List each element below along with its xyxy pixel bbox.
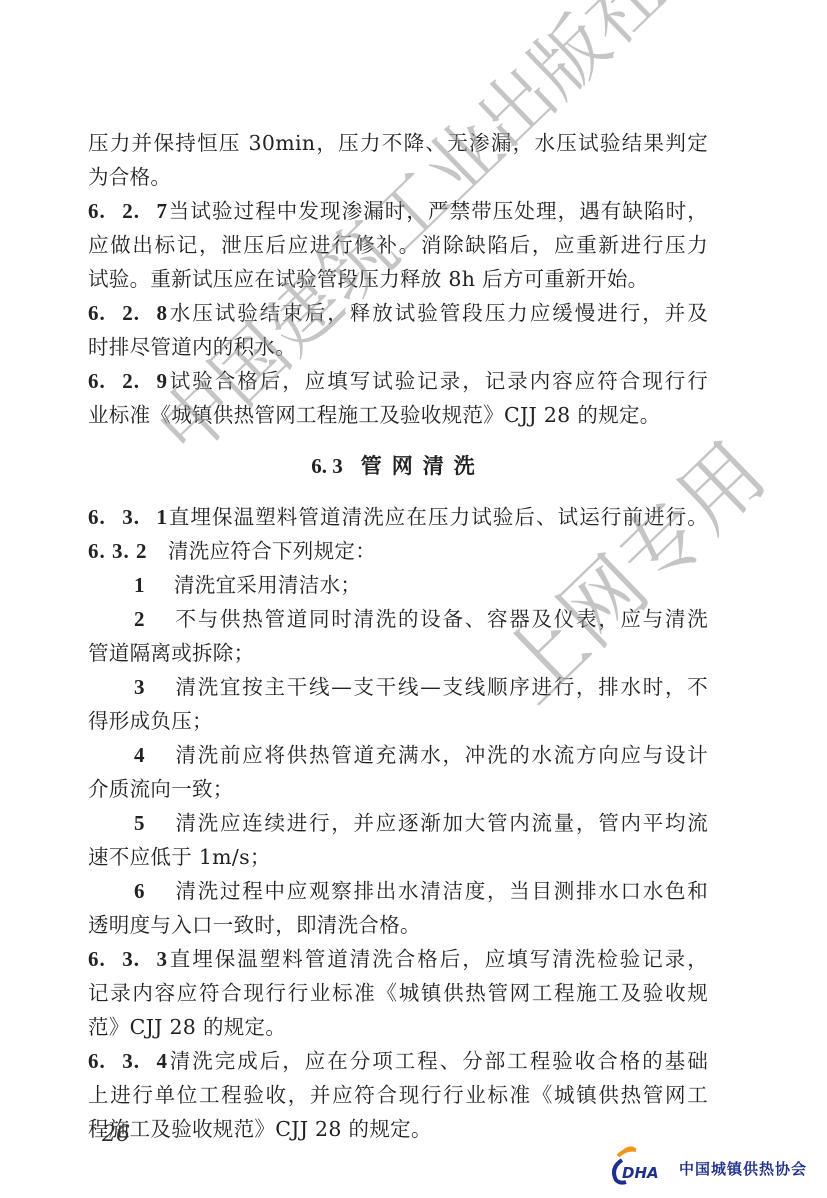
line-text: 业标准《城镇供热管网工程施工及验收规范》CJJ 28 的规定。 <box>88 403 661 427</box>
text-line: 上进行单位工程验收，并应符合现行行业标准《城镇供热管网工 <box>88 1078 708 1112</box>
svg-text:DHA: DHA <box>622 1164 659 1182</box>
line-text: 不与供热管道同时清洗的设备、容器及仪表，应与清洗 <box>174 607 708 631</box>
text-line: 压力并保持恒压 30min，压力不降、无渗漏，水压试验结果判定 <box>88 126 708 160</box>
clause-number: 6. 2. 8 <box>88 296 168 330</box>
line-text: 试验合格后，应填写试验记录，记录内容应符合现行行 <box>168 369 708 393</box>
clause-line: 6. 3. 2清洗应符合下列规定： <box>88 534 708 568</box>
list-item-line: 4清洗前应将供热管道充满水，冲洗的水流方向应与设计 <box>88 738 708 772</box>
item-number: 3 <box>134 670 174 704</box>
line-text: 介质流向一致； <box>88 777 234 801</box>
line-text: 清洗应连续进行，并应逐渐加大管内流量，管内平均流 <box>174 811 708 835</box>
line-text: 压力并保持恒压 30min，压力不降、无渗漏，水压试验结果判定 <box>88 131 708 155</box>
line-text: 上进行单位工程验收，并应符合现行行业标准《城镇供热管网工 <box>88 1083 708 1107</box>
list-item-line: 5清洗应连续进行，并应逐渐加大管内流量，管内平均流 <box>88 806 708 840</box>
line-text: 水压试验结束后，释放试验管段压力应缓慢进行，并及 <box>168 301 708 325</box>
line-text: 清洗宜按主干线—支干线—支线顺序进行，排水时，不 <box>174 675 708 699</box>
cdha-logo: DHA 中国城镇供热协会 <box>604 1146 814 1186</box>
cdha-logo-icon: DHA <box>604 1146 674 1186</box>
list-item-line: 3清洗宜按主干线—支干线—支线顺序进行，排水时，不 <box>88 670 708 704</box>
text-line: 业标准《城镇供热管网工程施工及验收规范》CJJ 28 的规定。 <box>88 398 708 432</box>
item-number: 4 <box>134 738 174 772</box>
text-line: 应做出标记，泄压后应进行修补。消除缺陷后，应重新进行压力 <box>88 228 708 262</box>
line-text: 记录内容应符合现行行业标准《城镇供热管网工程施工及验收规 <box>88 981 708 1005</box>
clause-number: 6. 2. 9 <box>88 364 168 398</box>
line-text: 清洗应符合下列规定： <box>168 539 376 563</box>
text-line: 范》CJJ 28 的规定。 <box>88 1010 708 1044</box>
clause-line: 6. 2. 9试验合格后，应填写试验记录，记录内容应符合现行行 <box>88 364 708 398</box>
clause-number: 6. 3. 2 <box>88 534 168 568</box>
text-line: 透明度与入口一致时，即清洗合格。 <box>88 908 708 942</box>
line-text: 得形成负压； <box>88 709 213 733</box>
clause-line: 6. 2. 7当试验过程中发现渗漏时，严禁带压处理，遇有缺陷时， <box>88 194 708 228</box>
line-text: 速不应低于 1m/s； <box>88 845 271 869</box>
text-line: 程施工及验收规范》CJJ 28 的规定。 <box>88 1112 708 1146</box>
item-number: 6 <box>134 874 174 908</box>
line-text: 范》CJJ 28 的规定。 <box>88 1015 286 1039</box>
clause-number: 6. 3. 3 <box>88 942 168 976</box>
text-line: 得形成负压； <box>88 704 708 738</box>
section-heading: 6. 3管网清洗 <box>88 432 708 500</box>
text-line: 为合格。 <box>88 160 708 194</box>
line-text: 时排尽管道内的积水。 <box>88 335 296 359</box>
org-name: 中国城镇供热协会 <box>679 1158 807 1179</box>
item-number: 1 <box>134 568 174 602</box>
list-item-line: 6清洗过程中应观察排出水清洁度，当目测排水口水色和 <box>88 874 708 908</box>
clause-line: 6. 3. 3直埋保温塑料管道清洗合格后，应填写清洗检验记录， <box>88 942 708 976</box>
line-text: 为合格。 <box>88 165 171 189</box>
line-text: 清洗前应将供热管道充满水，冲洗的水流方向应与设计 <box>174 743 708 767</box>
line-text: 清洗过程中应观察排出水清洁度，当目测排水口水色和 <box>174 879 708 903</box>
section-number: 6. 3 <box>311 454 343 478</box>
text-line: 介质流向一致； <box>88 772 708 806</box>
page-number: 26 <box>102 1122 130 1147</box>
clause-line: 6. 2. 8水压试验结束后，释放试验管段压力应缓慢进行，并及 <box>88 296 708 330</box>
list-item-line: 1清洗宜采用清洁水； <box>88 568 708 602</box>
clause-line: 6. 3. 4清洗完成后，应在分项工程、分部工程验收合格的基础 <box>88 1044 708 1078</box>
section-title: 管网清洗 <box>361 454 485 478</box>
line-text: 当试验过程中发现渗漏时，严禁带压处理，遇有缺陷时， <box>168 199 708 223</box>
text-line: 记录内容应符合现行行业标准《城镇供热管网工程施工及验收规 <box>88 976 708 1010</box>
line-text: 直埋保温塑料管道清洗应在压力试验后、试运行前进行。 <box>168 505 708 529</box>
line-text: 直埋保温塑料管道清洗合格后，应填写清洗检验记录， <box>168 947 708 971</box>
clause-number: 6. 3. 4 <box>88 1044 168 1078</box>
list-item-line: 2不与供热管道同时清洗的设备、容器及仪表，应与清洗 <box>88 602 708 636</box>
line-text: 透明度与入口一致时，即清洗合格。 <box>88 913 421 937</box>
line-text: 应做出标记，泄压后应进行修补。消除缺陷后，应重新进行压力 <box>88 233 708 257</box>
text-line: 速不应低于 1m/s； <box>88 840 708 874</box>
item-number: 5 <box>134 806 174 840</box>
text-line: 管道隔离或拆除； <box>88 636 708 670</box>
clause-line: 6. 3. 1直埋保温塑料管道清洗应在压力试验后、试运行前进行。 <box>88 500 708 534</box>
text-line: 时排尽管道内的积水。 <box>88 330 708 364</box>
line-text: 清洗宜采用清洁水； <box>174 573 361 597</box>
clause-number: 6. 2. 7 <box>88 194 168 228</box>
text-line: 试验。重新试压应在试验管段压力释放 8h 后方可重新开始。 <box>88 262 708 296</box>
document-body: 压力并保持恒压 30min，压力不降、无渗漏，水压试验结果判定为合格。6. 2.… <box>88 126 708 1146</box>
item-number: 2 <box>134 602 174 636</box>
line-text: 管道隔离或拆除； <box>88 641 254 665</box>
line-text: 试验。重新试压应在试验管段压力释放 8h 后方可重新开始。 <box>88 267 648 291</box>
line-text: 程施工及验收规范》CJJ 28 的规定。 <box>88 1117 432 1141</box>
line-text: 清洗完成后，应在分项工程、分部工程验收合格的基础 <box>168 1049 708 1073</box>
clause-number: 6. 3. 1 <box>88 500 168 534</box>
